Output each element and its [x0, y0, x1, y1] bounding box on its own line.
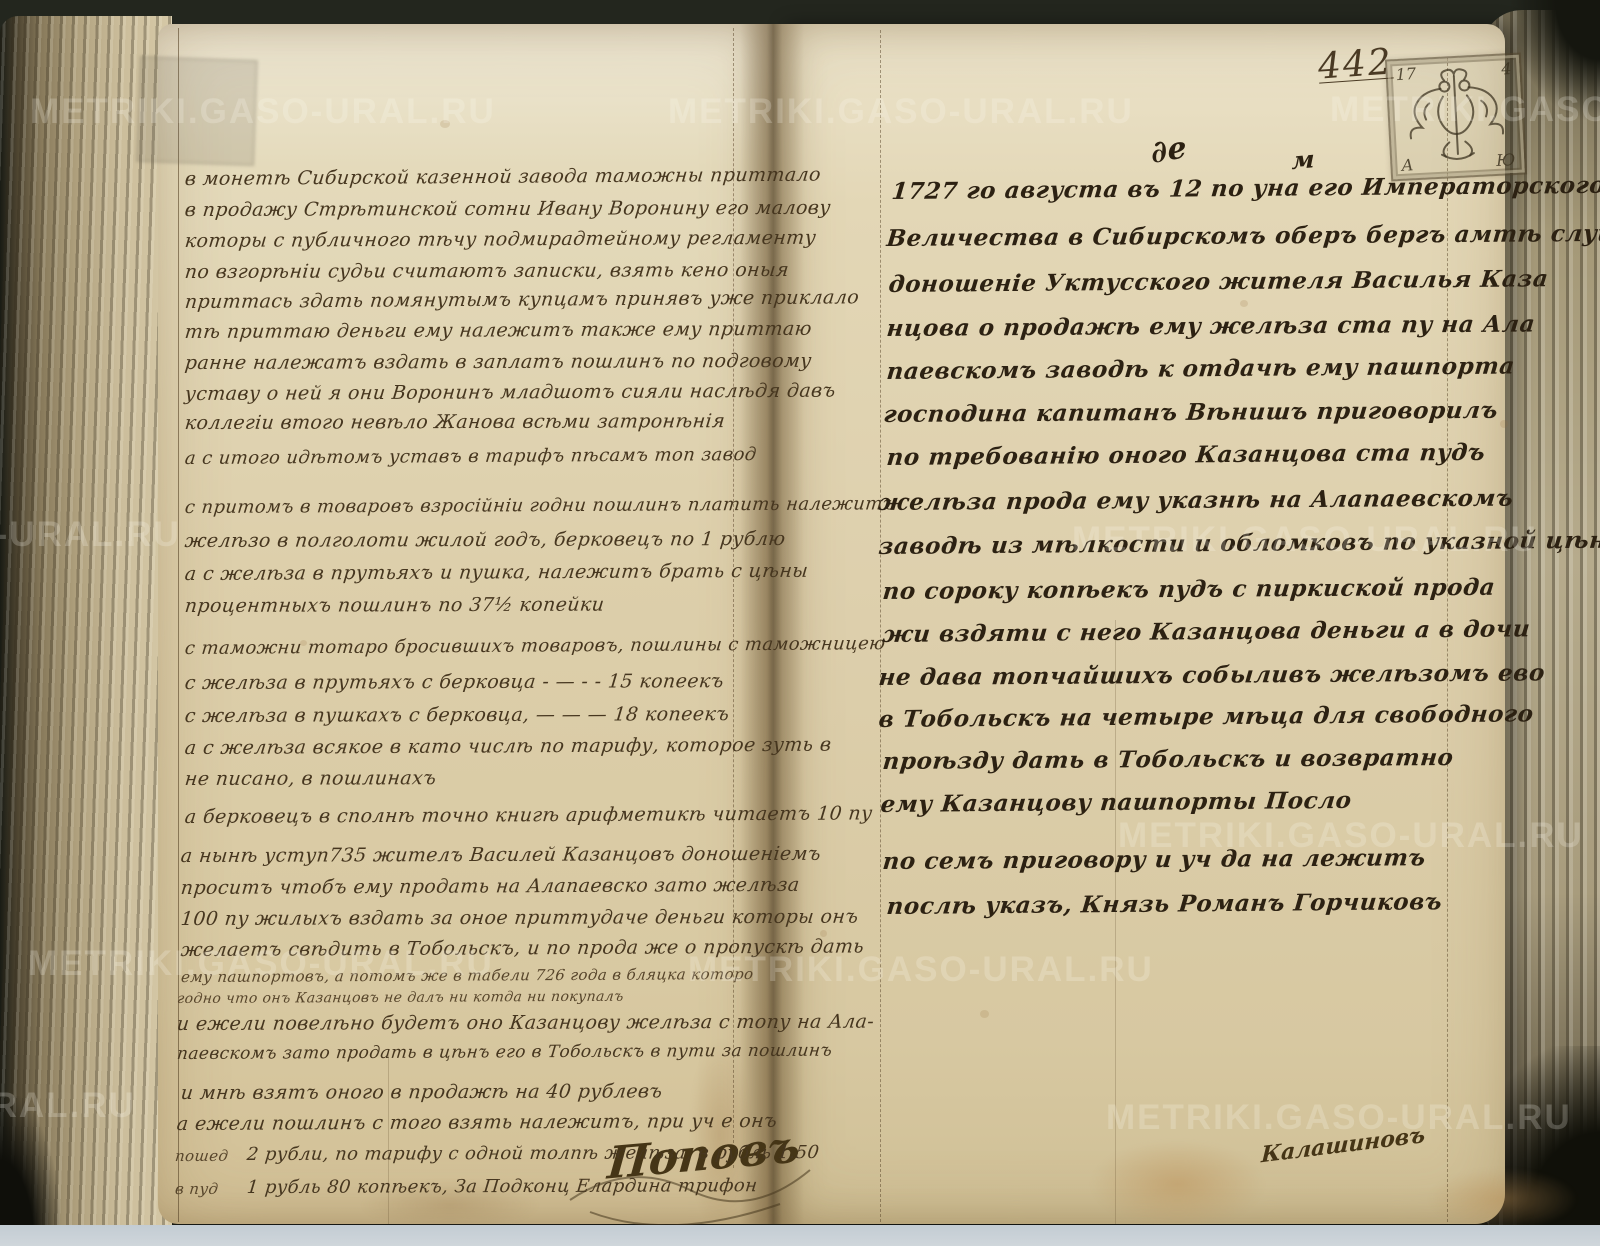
- manuscript-line: в пуд: [174, 1180, 219, 1198]
- manuscript-line: по взгорѣніи судьи считаютъ записки, взя…: [184, 259, 790, 283]
- manuscript-line: м: [1291, 144, 1315, 175]
- paper-stain: [1428, 1168, 1578, 1230]
- manuscript-line: пошед: [174, 1147, 229, 1165]
- manuscript-line: 2 рубли, по тарифу с одной толпѣ желѣза,…: [246, 1142, 821, 1165]
- manuscript-line: в монетѣ Сибирской казенной завода тамож…: [184, 164, 822, 190]
- manuscript-line: с желѣза в прутьяхъ с берковца - — - - 1…: [184, 670, 725, 694]
- watermark-text: METRIKI.GASO-URAL.RU: [1118, 816, 1584, 856]
- manuscript-line: и мнѣ взятъ оного в продажѣ на 40 рублев…: [180, 1080, 664, 1104]
- book-left-page-stack: [0, 16, 172, 1228]
- manuscript-line: господина капитанъ Вѣнишъ приговорилъ: [882, 397, 1499, 428]
- manuscript-line: не дава топчайшихъ собыливъ желѣзомъ ево: [877, 659, 1546, 691]
- manuscript-line: по сороку копѣекъ пудъ с пиркиской прода: [881, 574, 1496, 605]
- stamp-year-right: 4: [1501, 59, 1512, 79]
- manuscript-line: годно что онъ Казанцовъ не далъ ни котда…: [176, 989, 624, 1007]
- manuscript-line: приттась здать помянутымъ купцамъ приняв…: [184, 286, 860, 313]
- manuscript-line: послѣ указъ, Князь Романъ Горчиковъ: [885, 888, 1443, 920]
- watermark-text: METRIKI.GASO-URAL.RU: [0, 515, 181, 555]
- stamp-letter-right: Ю: [1496, 150, 1516, 170]
- manuscript-line: Величества в Сибирскомъ оберъ бергъ амтѣ…: [885, 220, 1600, 252]
- margin-line: [178, 28, 179, 1222]
- manuscript-line: а с желѣза в прутьяхъ и пушка, належитъ …: [184, 560, 810, 585]
- manuscript-line: процентныхъ пошлинъ по 37½ копейки: [184, 594, 606, 617]
- manuscript-line: которы с публичного тѣчу подмирадтейному…: [184, 227, 817, 252]
- watermark-text: METRIKI.GASO-URAL.RU: [668, 92, 1134, 132]
- manuscript-line: доношеніе Уктусского жителя Василья Каза: [887, 265, 1549, 298]
- manuscript-line: ему Казанцову пашпорты Посло: [879, 787, 1353, 818]
- stamp-year-left: 17: [1395, 64, 1416, 84]
- manuscript-line: паевскомъ зато продать в цѣнъ его в Тобо…: [176, 1041, 833, 1064]
- manuscript-line: не писано, в пошлинахъ: [184, 767, 438, 790]
- manuscript-line: проѣзду дать в Тобольскъ и возвратно: [881, 744, 1455, 775]
- manuscript-line: коллегіи втого невѣло Жанова всѣми затро…: [184, 410, 726, 434]
- archive-scan: 442 17 4 А Ю Поповъ Калашиновъ в мо: [0, 0, 1600, 1246]
- manuscript-line: проситъ чтобъ ему продать на Алапаевско …: [180, 874, 801, 899]
- manuscript-line: а с желѣза всякое в като числѣ по тарифу…: [184, 734, 833, 759]
- manuscript-line: 1 рубль 80 копѣекъ, За Подконц Елардина …: [246, 1175, 759, 1198]
- manuscript-line: паевскомъ заводѣ к отдачѣ ему пашпорта: [885, 353, 1516, 386]
- manuscript-line: нцова о продажѣ ему желѣза ста пу на Ала: [885, 310, 1536, 342]
- watermark-text: METRIKI.GASO-URAL.RU: [30, 92, 496, 132]
- page-number: 442: [1317, 41, 1394, 87]
- manuscript-line: тѣ приттаю деньги ему належитъ также ему…: [184, 318, 813, 343]
- manuscript-line: с желѣза в пушкахъ с берковца, — — — 18 …: [184, 703, 731, 727]
- manuscript-line: желѣзо в полголоти жилой годъ, берковецъ…: [184, 528, 787, 552]
- manuscript-line: ранне належатъ вздать в заплатъ пошлинъ …: [184, 350, 813, 374]
- manuscript-line: жи вздяти с него Казанцова деньги а в до…: [881, 615, 1531, 648]
- watermark-text: METRIKI.GASO-URAL.RU: [1106, 1098, 1572, 1138]
- manuscript-line: по требованію оного Казанцова ста пудъ: [885, 439, 1486, 471]
- manuscript-line: в Тобольскъ на четыре мѣца для свободног…: [877, 700, 1535, 733]
- manuscript-line: а ежели пошлинъ с того взять належитъ, п…: [176, 1110, 779, 1135]
- manuscript-line: а с итого идѣтомъ уставъ в тарифъ пѣсамъ…: [184, 444, 758, 469]
- manuscript-line: желѣза прода ему указнѣ на Алапаевскомъ: [877, 485, 1514, 516]
- manuscript-line: а нынѣ уступ735 жителъ Василей Казанцовъ…: [180, 843, 822, 867]
- paper-crease: [388, 1050, 389, 1224]
- manuscript-line: уставу о ней я они Воронинъ младшотъ сия…: [184, 380, 837, 405]
- watermark-text: METRIKI.GASO-URAL.RU: [1330, 90, 1600, 130]
- paper-stain: [1090, 1140, 1265, 1228]
- watermark-text: METRIKI.GASO-URAL.RU: [688, 950, 1154, 990]
- manuscript-line: 100 пу жилыхъ вздать за оное приттудаче …: [180, 906, 860, 930]
- stamp-letter-left: А: [1401, 155, 1414, 175]
- manuscript-line: в продажу Стрѣтинской сотни Ивану Ворони…: [184, 197, 832, 221]
- manuscript-line: а берковецъ в сполнѣ точно книгѣ арифмет…: [184, 802, 874, 828]
- manuscript-line: и ежели повелѣно будетъ оно Казанцову же…: [176, 1011, 875, 1035]
- watermark-text: METRIKI.GASO-URAL.RU: [1072, 520, 1538, 560]
- desk-surface: [0, 1225, 1600, 1246]
- watermark-text: METRIKI.GASO-URAL.RU: [0, 1086, 136, 1126]
- manuscript-line: с притомъ в товаровъ взросійніи годни по…: [184, 493, 896, 518]
- watermark-text: METRIKI.GASO-URAL.RU: [28, 944, 494, 984]
- manuscript-line: ∂е: [1150, 130, 1188, 171]
- margin-line: [880, 30, 881, 1222]
